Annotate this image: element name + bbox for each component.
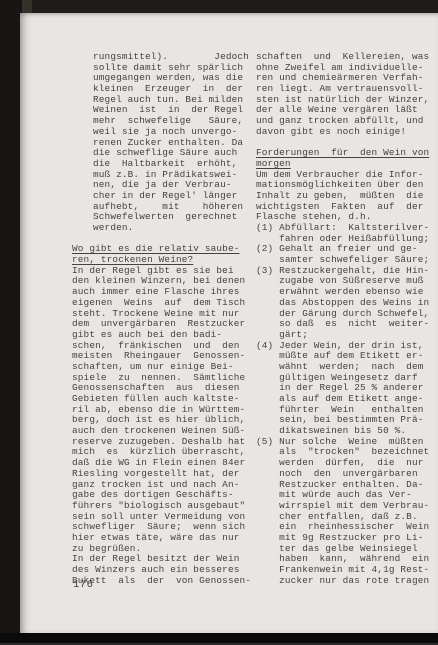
text-line: Riesling vorgestellt hat, der <box>72 469 251 480</box>
text-line: davon gibt es noch einige! <box>256 127 429 138</box>
left-column: rungsmittel). Jedochsollte damit sehr sp… <box>72 52 251 586</box>
scan-edge-top <box>0 0 438 13</box>
section-heading-line: morgen <box>256 159 429 170</box>
text-line: weil sie ja noch unvergo- <box>72 127 251 138</box>
text-line: Bukett als der von Genossen- <box>72 576 251 587</box>
right-column: schaften und Kellereien, wasohne Zweifel… <box>256 52 429 586</box>
scanned-page: rungsmittel). Jedochsollte damit sehr sp… <box>20 13 438 633</box>
text-line: zucker nur das rote tragen <box>256 576 429 587</box>
text-line: die Haltbarkeit erhöht, <box>72 159 251 170</box>
text-line: gibt es auch bei den badi- <box>72 330 251 341</box>
text-line: noch den unvergärbaren <box>256 469 429 480</box>
scan-edge-bottom <box>0 633 438 645</box>
text-line: führers "biologisch ausgebaut" <box>72 501 251 512</box>
text-line: wirrspiel mit dem Verbrau- <box>256 501 429 512</box>
text-line: eigenen Weins auf dem Tisch <box>72 298 251 309</box>
text-line: das Abstoppen des Weins in <box>256 298 429 309</box>
text-line: gärt; <box>256 330 429 341</box>
page-number: 176 <box>73 579 93 591</box>
text-line: werden. <box>72 223 251 234</box>
scan-edge-left <box>0 0 22 645</box>
